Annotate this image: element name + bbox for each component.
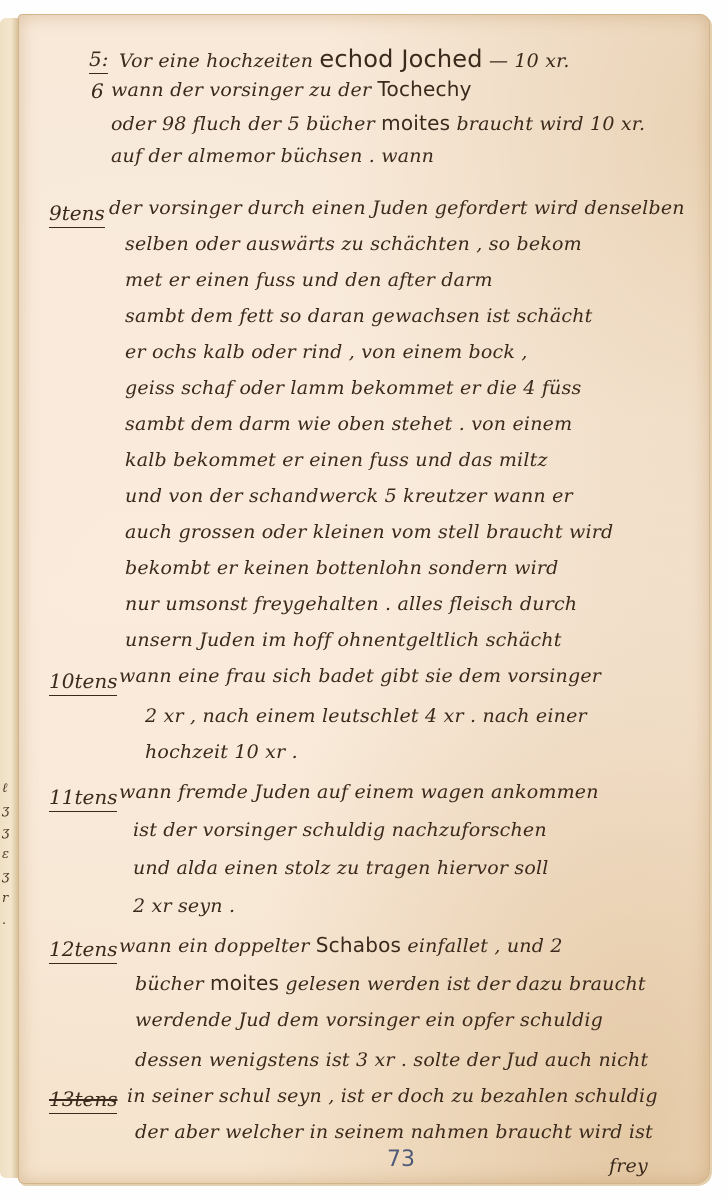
manuscript-page: 5: Vor eine hochzeiten echod Joched — 10…: [18, 14, 710, 1184]
manuscript-line: selben oder auswärts zu schächten , so b…: [125, 233, 582, 255]
manuscript-line: dessen wenigstens ist 3 xr . solte der J…: [135, 1049, 648, 1071]
manuscript-line: bekombt er keinen bottenlohn sondern wir…: [125, 557, 559, 579]
manuscript-line: auch grossen oder kleinen vom stell brau…: [125, 521, 613, 543]
manuscript-line: er ochs kalb oder rind , von einem bock …: [125, 341, 528, 363]
manuscript-line: 2 xr , nach einem leutschlet 4 xr . nach…: [145, 705, 587, 727]
manuscript-line: in seiner schul seyn , ist er doch zu be…: [127, 1085, 658, 1107]
paragraph-marker-12: 12tens: [49, 937, 117, 964]
manuscript-line: geiss schaf oder lamm bekommet er die 4 …: [125, 377, 581, 399]
manuscript-line: kalb bekommet er einen fuss und das milt…: [125, 449, 548, 471]
manuscript-line: unsern Juden im hoff ohnentgeltlich schä…: [125, 629, 562, 651]
manuscript-line: wann fremde Juden auf einem wagen ankomm…: [119, 781, 599, 803]
paragraph-marker-6: 6: [91, 79, 104, 105]
hebrew-term: moites: [381, 111, 450, 135]
marginal-char: ʒ: [2, 800, 16, 822]
folio-number: 73: [387, 1147, 415, 1172]
facing-page-marginalia: ℓ ʒ ʒ ɛ ʒ r .: [2, 778, 16, 932]
paragraph-marker-10: 10tens: [49, 669, 117, 696]
marginal-char: ɛ: [2, 844, 16, 866]
paragraph-marker-11: 11tens: [49, 785, 117, 812]
paragraph-marker-9: 9tens: [49, 201, 105, 228]
manuscript-line: ist der vorsinger schuldig nachzuforsche…: [133, 819, 547, 841]
manuscript-line: oder 98 fluch der 5 bücher moites brauch…: [111, 111, 645, 135]
manuscript-line: sambt dem darm wie oben stehet . von ein…: [125, 413, 572, 435]
hebrew-term: Schabos: [316, 933, 401, 957]
marginal-char: .: [2, 910, 16, 932]
manuscript-line: werdende Jud dem vorsinger ein opfer sch…: [135, 1009, 603, 1031]
marginal-char: ℓ: [2, 778, 16, 800]
marginal-char: ʒ: [2, 866, 16, 888]
manuscript-line: bücher moites gelesen werden ist der daz…: [135, 971, 646, 995]
manuscript-line: met er einen fuss und den after darm: [125, 269, 493, 291]
hebrew-term: Tochechy: [378, 77, 472, 101]
manuscript-line: und von der schandwerck 5 kreutzer wann …: [125, 485, 573, 507]
manuscript-line: wann der vorsinger zu der Tochechy: [111, 77, 472, 101]
marginal-char: ʒ: [2, 822, 16, 844]
manuscript-line: hochzeit 10 xr .: [145, 741, 298, 763]
manuscript-line: sambt dem fett so daran gewachsen ist sc…: [125, 305, 593, 327]
hebrew-term: moites: [210, 971, 279, 995]
manuscript-line: und alda einen stolz zu tragen hiervor s…: [133, 857, 549, 879]
manuscript-line: 2 xr seyn .: [133, 895, 235, 917]
manuscript-line: auf der almemor büchsen . wann: [111, 145, 434, 167]
facing-page-edge: ℓ ʒ ʒ ɛ ʒ r .: [0, 18, 19, 1178]
paragraph-marker-5: 5:: [89, 47, 108, 74]
marginal-char: r: [2, 888, 16, 910]
manuscript-line: der aber welcher in seinem nahmen brauch…: [135, 1121, 653, 1143]
hebrew-term: echod Joched: [319, 45, 482, 73]
manuscript-line: frey: [609, 1155, 648, 1177]
manuscript-line: wann eine frau sich badet gibt sie dem v…: [119, 665, 601, 687]
manuscript-line: Vor eine hochzeiten echod Joched — 10 xr…: [119, 45, 570, 73]
manuscript-line: wann ein doppelter Schabos einfallet , u…: [119, 933, 563, 957]
paragraph-marker-13-struck: 13tens: [49, 1087, 117, 1114]
manuscript-line: nur umsonst freygehalten . alles fleisch…: [125, 593, 577, 615]
manuscript-line: der vorsinger durch einen Juden geforder…: [109, 197, 685, 219]
